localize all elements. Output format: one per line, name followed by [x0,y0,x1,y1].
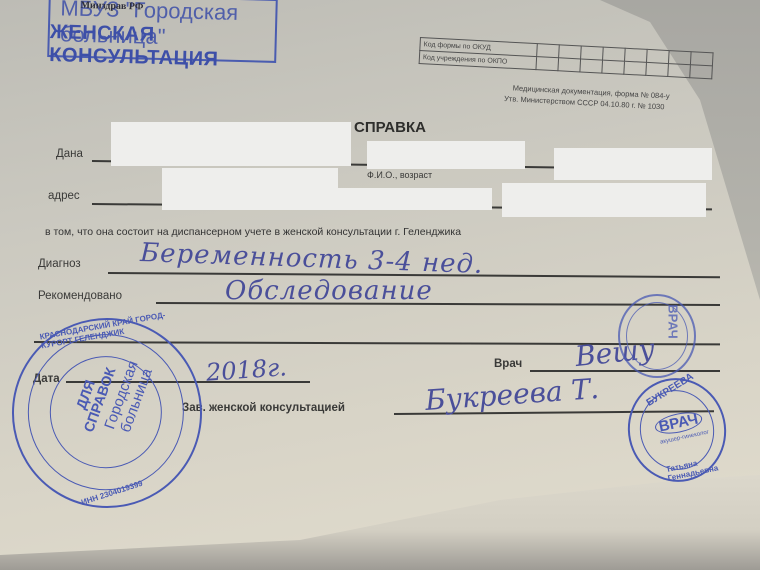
recommended-value: Обследование [225,276,433,306]
redacted-address-3 [502,183,706,217]
redacted-address-2 [162,188,492,210]
clinic-name: ЖЕНСКАЯ КОНСУЛЬТАЦИЯ [49,21,275,73]
address-label: адрес [48,190,80,202]
redacted-extra [554,148,712,180]
statement-text: в том, что она состоит на диспансерном у… [45,226,461,238]
ministry-name: Минздрав РФ [80,0,143,12]
recommended-label: Рекомендовано [38,290,122,302]
fio-caption: Ф.И.О., возраст [367,170,432,180]
redacted-name [111,122,351,166]
diagnosis-label: Диагноз [38,258,81,270]
doctor-line [530,370,720,372]
doctor-stamp-top-center: ВРАЧ [666,304,681,338]
date-value: 2018г. [205,353,288,387]
head-label: Зав. женской консультацией [182,402,345,414]
doctor-label: Врач [494,358,522,370]
redacted-age [367,141,525,169]
document-title: СПРАВКА [354,119,426,136]
given-to-label: Дана [56,148,83,160]
doctor-stamp-top: ВРАЧ [618,294,696,378]
clinic-header-stamp: МБУЗ "Городская больница" Минздрав РФ ЖЕ… [47,0,278,63]
